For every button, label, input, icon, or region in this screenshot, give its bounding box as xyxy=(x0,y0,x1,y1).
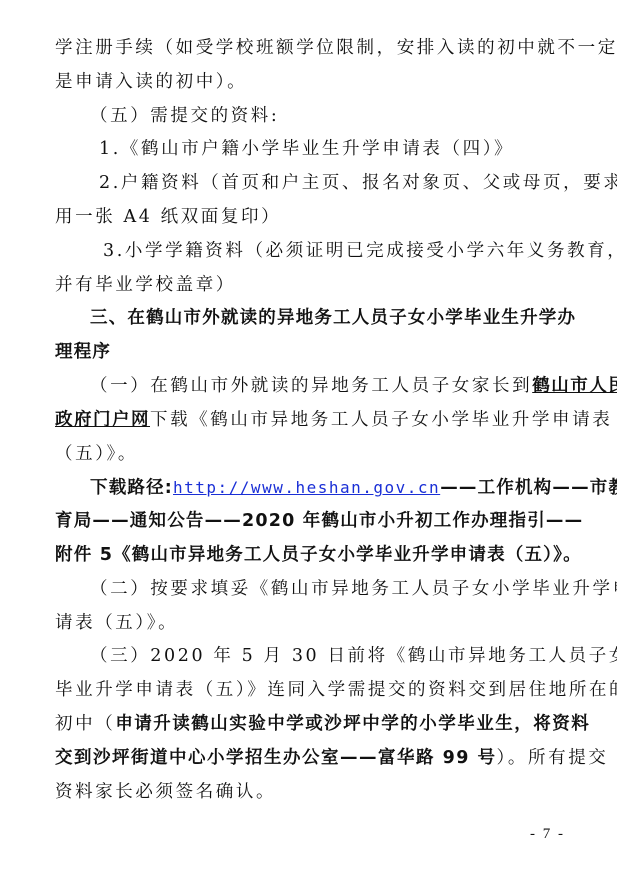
paragraph-item1: （一）在鹤山市外就读的异地务工人员子女家长到鹤山市人民 xyxy=(55,370,565,404)
list-item: 2.户籍资料（首页和户主页、报名对象页、父或母页，要求 xyxy=(55,167,565,201)
item3-bold: 交到沙坪街道中心小学招生办公室——富华路 99 号 xyxy=(55,748,497,768)
paragraph-item2: （二）按要求填妥《鹤山市异地务工人员子女小学毕业升学申 xyxy=(55,573,565,607)
download-path: 下载路径:http://www.heshan.gov.cn——工作机构——市教 xyxy=(55,471,565,505)
text-line: 用一张 A4 纸双面复印） xyxy=(55,201,565,235)
text-line: 资料家长必须签名确认。 xyxy=(55,776,565,810)
download-path-after: ——工作机构——市教 xyxy=(440,478,617,498)
text-line: 请表（五）》。 xyxy=(55,607,565,641)
document-page: 学注册手续（如受学校班额学位限制，安排入读的初中就不一定 是申请入读的初中）。 … xyxy=(55,32,565,809)
text-line: 初中（申请升读鹤山实验中学或沙坪中学的小学毕业生，将资料 xyxy=(55,708,565,742)
text-line: 交到沙坪街道中心小学招生办公室——富华路 99 号）。所有提交 xyxy=(55,742,565,776)
paragraph-item3: （三）2020 年 5 月 30 日前将《鹤山市异地务工人员子女小学 xyxy=(55,640,565,674)
text-line: 学注册手续（如受学校班额学位限制，安排入读的初中就不一定 xyxy=(55,32,565,66)
download-path-cont: 附件 5《鹤山市异地务工人员子女小学毕业升学申请表（五）》。 xyxy=(55,539,565,573)
list-item: 1.《鹤山市户籍小学毕业生升学申请表（四）》 xyxy=(55,133,565,167)
item3-bold: 申请升读鹤山实验中学或沙坪中学的小学毕业生，将资料 xyxy=(115,714,590,734)
section-heading-cont: 理程序 xyxy=(55,336,565,370)
subsection-heading: （五）需提交的资料: xyxy=(55,100,565,134)
gov-portal-link[interactable]: 鹤山市人民 xyxy=(532,376,617,396)
download-path-label: 下载路径: xyxy=(90,478,173,498)
item1-prefix: （一）在鹤山市外就读的异地务工人员子女家长到 xyxy=(90,376,532,396)
paragraph-item1-cont: 政府门户网下载《鹤山市异地务工人员子女小学毕业升学申请表 xyxy=(55,404,565,438)
text-line: （五）》。 xyxy=(55,438,565,472)
page-number: - 7 - xyxy=(530,826,565,843)
item3-plain: 初中（ xyxy=(55,714,115,734)
text-line: 并有毕业学校盖章） xyxy=(55,269,565,303)
text-line: 毕业升学申请表（五）》连同入学需提交的资料交到居住地所在的 xyxy=(55,674,565,708)
item3-plain: ）。所有提交 xyxy=(497,748,609,768)
heshan-url-link[interactable]: http://www.heshan.gov.cn xyxy=(173,478,440,497)
text-line: 是申请入读的初中）。 xyxy=(55,66,565,100)
gov-portal-link[interactable]: 政府门户网 xyxy=(55,410,150,430)
list-item: 3.小学学籍资料（必须证明已完成接受小学六年义务教育， xyxy=(55,235,565,269)
download-path-cont: 育局——通知公告——2020 年鹤山市小升初工作办理指引—— xyxy=(55,505,565,539)
section-heading: 三、在鹤山市外就读的异地务工人员子女小学毕业生升学办 xyxy=(55,302,565,336)
item1-suffix: 下载《鹤山市异地务工人员子女小学毕业升学申请表 xyxy=(150,410,612,430)
